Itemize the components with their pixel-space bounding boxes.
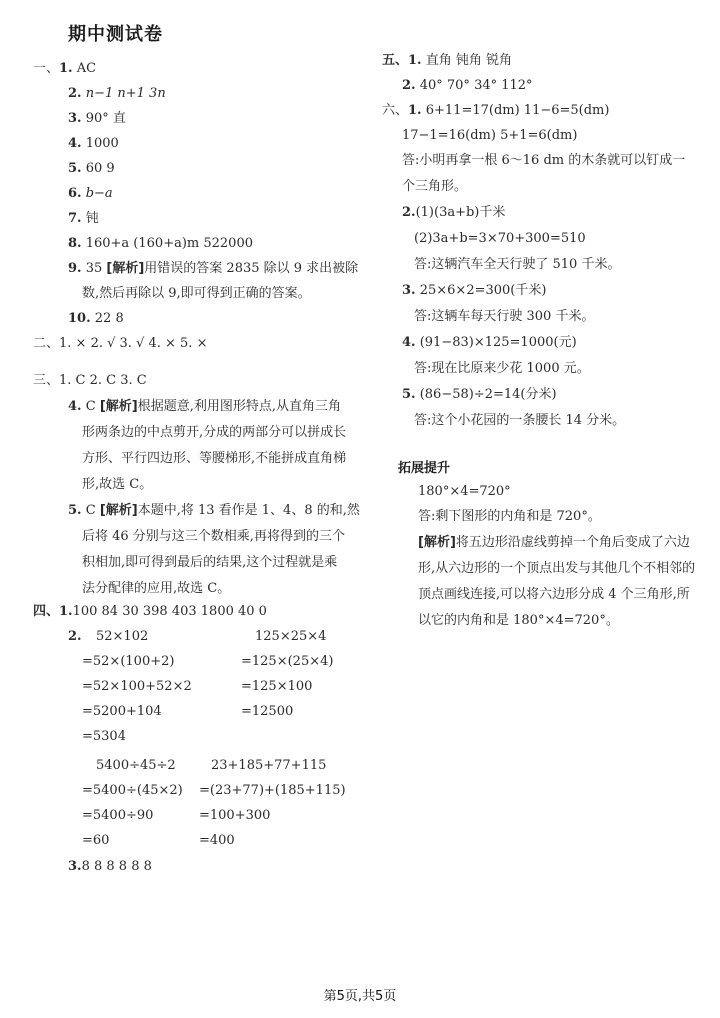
calc-c-2: =5400÷90 bbox=[82, 807, 153, 825]
answer-6-1-line3: 答:小明再拿一根 6～16 dm 的木条就可以钉成一 bbox=[402, 152, 685, 170]
answer-6-2: 2.(1)(3a+b)千米 bbox=[402, 204, 505, 222]
extension-line1: 180°×4=720° bbox=[418, 483, 511, 501]
answer-1-1: 一、1. AC bbox=[33, 60, 96, 78]
answer-6-3: 3. 25×6×2=300(千米) bbox=[402, 282, 546, 300]
answer-1-5: 5. 60 9 bbox=[68, 160, 115, 178]
answer-3-5-line4: 法分配律的应用,故选 C。 bbox=[82, 580, 230, 598]
calc-c-3: =60 bbox=[82, 832, 109, 850]
extension-title: 拓展提升 bbox=[398, 457, 450, 476]
calc-d-3: =400 bbox=[199, 832, 235, 850]
extension-line2: 答:剩下图形的内角和是 720°。 bbox=[418, 508, 601, 526]
answer-3-5-line2: 后将 46 分别与这三个数相乘,再将得到的三个 bbox=[82, 528, 345, 546]
answer-3-5: 5. C [解析]本题中,将 13 看作是 1、4、8 的和,然 bbox=[68, 502, 360, 520]
answer-4-3: 3.8 8 8 8 8 8 bbox=[68, 858, 152, 876]
calc-b-0: 125×25×4 bbox=[255, 628, 326, 646]
answer-6-3-line2: 答:这辆车每天行驶 300 千米。 bbox=[414, 308, 594, 326]
answer-3-4-line3: 方形、平行四边形、等腰梯形,不能拼成直角梯 bbox=[82, 450, 346, 468]
page-title: 期中测试卷 bbox=[68, 20, 163, 46]
answer-6-1-line4: 个三角形。 bbox=[402, 178, 467, 196]
calc-d-1: =(23+77)+(185+115) bbox=[199, 782, 346, 800]
answer-5-2: 2. 40° 70° 34° 112° bbox=[402, 77, 533, 95]
extension-line6: 以它的内角和是 180°×4=720°。 bbox=[418, 612, 619, 630]
calc-c-1: =5400÷(45×2) bbox=[82, 782, 183, 800]
answer-1-7: 7. 钝 bbox=[68, 210, 99, 228]
answer-3-4: 4. C [解析]根据题意,利用图形特点,从直角三角 bbox=[68, 398, 341, 416]
calc-a-2: =52×100+52×2 bbox=[82, 678, 192, 696]
answer-1-8: 8. 160+a (160+a)m 522000 bbox=[68, 235, 253, 253]
answer-6-4: 4. (91−83)×125=1000(元) bbox=[402, 334, 577, 352]
calc-c-0: 5400÷45÷2 bbox=[96, 757, 176, 775]
calc-a-4: =5304 bbox=[82, 728, 126, 746]
page-footer: 第5页,共5页 bbox=[0, 985, 720, 1004]
answer-6-1: 六、1. 6+11=17(dm) 11−6=5(dm) bbox=[382, 102, 609, 120]
answer-3-4-line2: 形两条边的中点剪开,分成的两部分可以拼成长 bbox=[82, 424, 346, 442]
extension-line5: 顶点画线连接,可以将六边形分成 4 个三角形,所 bbox=[418, 586, 690, 604]
answer-4-1: 四、1.100 84 30 398 403 1800 40 0 bbox=[33, 603, 267, 621]
answer-6-5: 5. (86−58)÷2=14(分米) bbox=[402, 386, 557, 404]
extension-line4: 形,从六边形的一个顶点出发与其他几个不相邻的 bbox=[418, 560, 695, 578]
answer-1-3: 3. 90° 直 bbox=[68, 110, 126, 128]
calc-d-0: 23+185+77+115 bbox=[211, 757, 326, 775]
answer-1-6: 6. b−a bbox=[68, 185, 113, 203]
answer-6-2-line2: (2)3a+b=3×70+300=510 bbox=[414, 230, 586, 248]
answer-5-1: 五、1. 直角 钝角 锐角 bbox=[382, 52, 512, 70]
answer-6-4-line2: 答:现在比原来少花 1000 元。 bbox=[414, 360, 590, 378]
answer-3-5-line3: 积相加,即可得到最后的结果,这个过程就是乘 bbox=[82, 554, 337, 572]
calc-b-3: =12500 bbox=[241, 703, 293, 721]
answer-4-2-label: 2. bbox=[68, 628, 82, 646]
answer-1-10: 10. 22 8 bbox=[68, 310, 124, 328]
answer-1-2: 2. n−1 n+1 3n bbox=[68, 85, 166, 103]
calc-d-2: =100+300 bbox=[199, 807, 270, 825]
answer-1-9-cont: 数,然后再除以 9,即可得到正确的答案。 bbox=[82, 285, 311, 303]
answer-3-4-line4: 形,故选 C。 bbox=[82, 476, 152, 494]
calc-a-1: =52×(100+2) bbox=[82, 653, 174, 671]
calc-a-3: =5200+104 bbox=[82, 703, 162, 721]
calc-b-1: =125×(25×4) bbox=[241, 653, 333, 671]
answer-1-4: 4. 1000 bbox=[68, 135, 119, 153]
extension-line3: [解析]将五边形沿虚线剪掉一个角后变成了六边 bbox=[418, 534, 690, 552]
answer-1-9: 9. 35 [解析]用错误的答案 2835 除以 9 求出被除 bbox=[68, 260, 358, 278]
answer-6-2-line3: 答:这辆汽车全天行驶了 510 千米。 bbox=[414, 256, 620, 274]
answer-3-1: 三、1. C 2. C 3. C bbox=[33, 372, 147, 390]
answer-6-5-line2: 答:这个小花园的一条腰长 14 分米。 bbox=[414, 412, 625, 430]
calc-a-0: 52×102 bbox=[96, 628, 148, 646]
answer-6-1-line2: 17−1=16(dm) 5+1=6(dm) bbox=[402, 127, 577, 145]
section-2: 二、1. × 2. √ 3. √ 4. × 5. × bbox=[33, 335, 207, 353]
calc-b-2: =125×100 bbox=[241, 678, 312, 696]
